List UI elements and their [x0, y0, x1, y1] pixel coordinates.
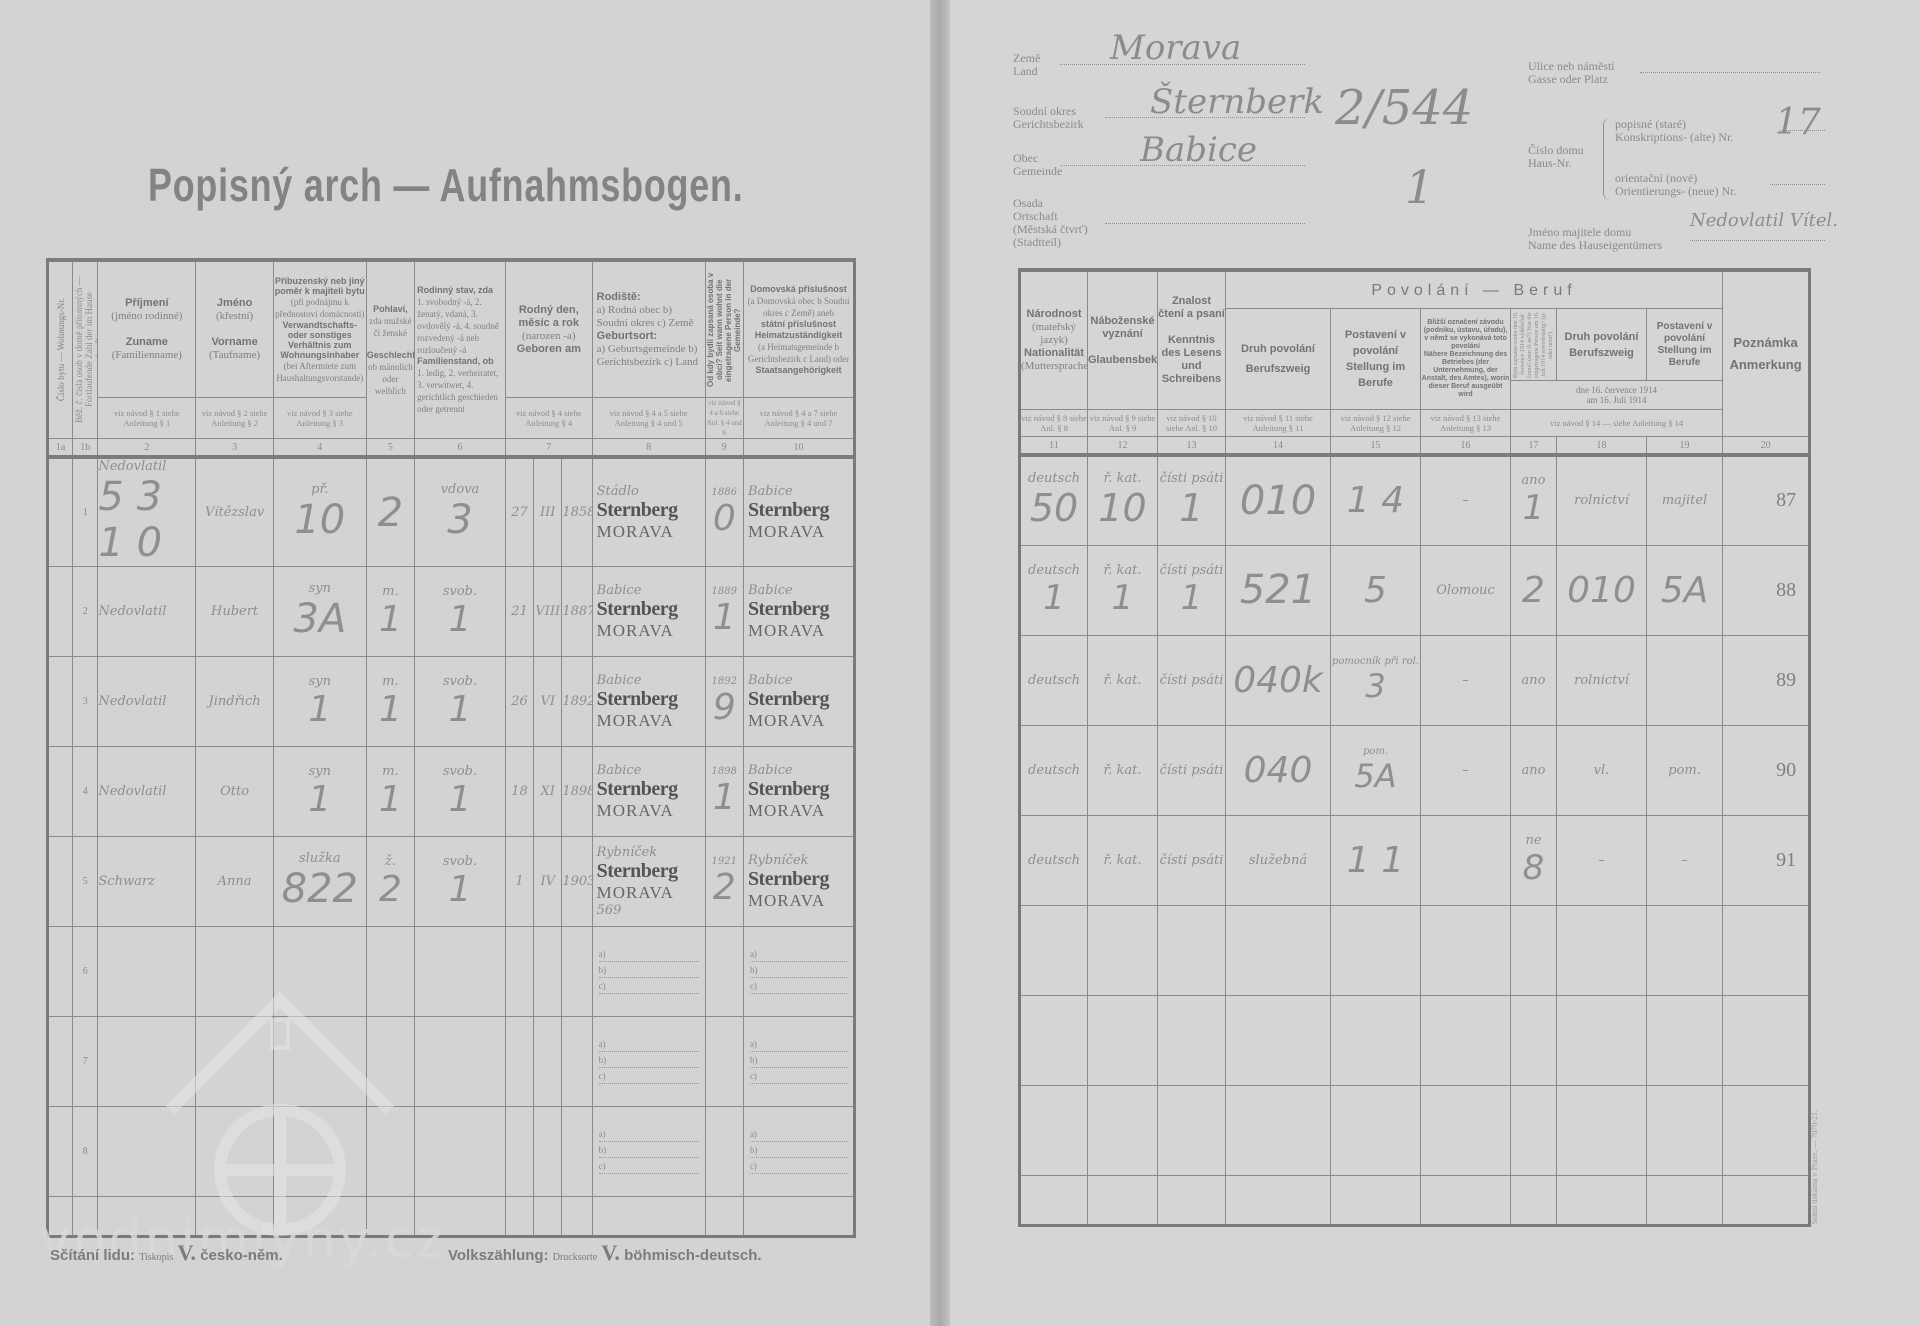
- home-c-stamp: MORAVA: [748, 711, 853, 731]
- ref-nationality: viz návod § 8 siehe Anl. § 8: [1021, 413, 1087, 433]
- active-1914-cell: ano: [1511, 473, 1556, 488]
- header-birthplace-cz2: a) Rodná obec b) Soudní okres c) Země: [597, 304, 694, 329]
- relation-cell: služka: [274, 851, 366, 866]
- colnum: 6: [415, 439, 506, 458]
- ref-residence: viz návod § 4 a 6 siehe Anl. § 4 und 6: [706, 398, 743, 438]
- house-number-brace: [1603, 118, 1610, 200]
- empty-row-6-right: [1020, 905, 1810, 995]
- sex-cell: m.: [367, 674, 414, 689]
- header-given-name: Jméno(křestní)Vorname(Taufname): [196, 297, 273, 362]
- header-active-1914: Byla zapsaná osoba dne 16. července 1914…: [1513, 310, 1555, 380]
- surname-cell: Schwarz: [98, 874, 195, 889]
- street-label-cz: Ulice neb náměstí: [1528, 59, 1615, 73]
- empty-row-7-right: [1020, 995, 1810, 1085]
- header-sex-de2: ob männlich oder weiblich: [368, 362, 413, 396]
- conscription-label: popisné (staré)Konskriptions- (alte) Nr.: [1615, 118, 1733, 144]
- birthplace-extra-code: 569: [597, 903, 705, 918]
- colnum: 14: [1226, 437, 1331, 456]
- house-number-label-cz: Číslo domu: [1528, 143, 1584, 157]
- header-given-cz: Jméno: [217, 297, 252, 309]
- surname-cell: Nedovlatil: [98, 784, 195, 799]
- header-marital-cz: Rodinný stav, zda: [417, 285, 493, 295]
- birthplace-b-stamp: Sternberg: [597, 778, 705, 801]
- header-sex-cz2: zda mužské či ženské: [369, 316, 411, 338]
- settlement-label-cz2: (Městská čtvrť): [1013, 222, 1088, 236]
- left-colnum-row: 1a 1b 2 3 4 5 6 7 8 9 10: [48, 439, 855, 458]
- settlement-label-cz: Osada: [1013, 196, 1043, 210]
- birthplace-a: Rybníček: [597, 845, 705, 860]
- sex-code: 1: [367, 779, 414, 820]
- religion-cell: ř. kat.: [1088, 853, 1157, 868]
- occupation-1914-cell: vl.: [1557, 763, 1646, 778]
- birth-month: III: [534, 505, 561, 520]
- header-marital-de: Familienstand, ob: [417, 356, 494, 366]
- reference-number: 2/544: [1335, 80, 1473, 136]
- birthplace-c-stamp: MORAVA: [597, 522, 705, 542]
- blank-b-line: b): [750, 1145, 847, 1158]
- header-note-de: Anmerkung: [1729, 357, 1801, 372]
- literacy-cell: čísti psáti: [1158, 563, 1225, 578]
- birth-year: 1892: [562, 694, 591, 709]
- header-sex-cz: Pohlaví,: [373, 304, 408, 314]
- note-cell: 87: [1723, 489, 1796, 512]
- note-cell: 90: [1723, 759, 1796, 782]
- footer-left-variant: česko-něm.: [200, 1247, 283, 1264]
- footer-left-form-word: Tiskopis: [139, 1252, 173, 1263]
- person-row-5: 5 Schwarz Anna služka822 ž.2 svob.1 1 IV…: [48, 837, 855, 927]
- birthplace-a: Babice: [597, 763, 705, 778]
- position-cell: pom.: [1331, 746, 1420, 757]
- sex-cell: m.: [367, 584, 414, 599]
- colnum: 2: [98, 439, 196, 458]
- sex-code: 2: [367, 490, 414, 536]
- owner-value: Nedovlatil Vítel.: [1690, 210, 1838, 231]
- ref-birthplace: viz návod § 4 a 5 siehe Anleitung § 4 un…: [593, 408, 705, 428]
- religion-code: 10: [1088, 486, 1157, 530]
- header-marital-cz2: 1. svobodný -á, 2. ženatý, vdaná, 3. ovd…: [417, 297, 499, 355]
- active-1914-cell: ne: [1511, 833, 1556, 848]
- home-c-stamp: MORAVA: [748, 522, 853, 542]
- religion-code: 1: [1088, 578, 1157, 618]
- establishment-cell: Olomouc: [1421, 583, 1510, 598]
- footer-right-label: Volkszählung:: [448, 1247, 549, 1264]
- blank-a-line: a): [750, 1129, 847, 1142]
- home-b-stamp: Sternberg: [748, 598, 853, 621]
- relation-code: 822: [274, 866, 366, 912]
- relation-code: 3A: [274, 596, 366, 642]
- ref-occupation: viz návod § 11 siehe Anleitung § 11: [1226, 413, 1330, 433]
- person-row-3-right: deutsch ř. kat. čísti psáti 040k pomocní…: [1020, 635, 1810, 725]
- surname-code: 5 3 1 0: [98, 474, 195, 566]
- land-label-cz: Země: [1013, 51, 1040, 65]
- sex-code: 2: [367, 869, 414, 910]
- mill-watermark-icon: [150, 980, 410, 1240]
- person-row-1: 1 Nedovlatil5 3 1 0 Vítězslav př.10 2 vd…: [48, 457, 855, 567]
- header-nationality-cz2: (mateřský jazyk): [1032, 321, 1076, 346]
- header-sex: Pohlaví,zda mužské či ženskéGeschlecht,o…: [367, 304, 414, 397]
- header-religion-de: Glaubensbekenntnis: [1088, 354, 1158, 366]
- header-given-de: Vorname: [211, 336, 257, 348]
- residence-code: 2: [706, 867, 743, 908]
- owner-label-cz: Jméno majitele domu: [1528, 225, 1631, 239]
- colnum: 15: [1331, 437, 1421, 456]
- establishment-cell: –: [1421, 673, 1510, 688]
- religion-cell: ř. kat.: [1088, 763, 1157, 778]
- colnum: 19: [1647, 437, 1723, 456]
- header-occupation-cz: Druh povolání: [1241, 343, 1315, 355]
- marital-cell: svob.: [415, 674, 505, 689]
- footer-right-letter: V.: [601, 1240, 620, 1265]
- header-given-de2: (Taufname): [209, 349, 260, 361]
- header-given-cz2: (křestní): [216, 310, 253, 322]
- birth-day: 1: [506, 874, 533, 889]
- row-number: 7: [73, 1017, 98, 1107]
- home-a: Rybníček: [748, 853, 853, 868]
- colnum: 18: [1557, 437, 1647, 456]
- owner-line: [1690, 240, 1825, 241]
- header-position-cz: Postavení v povolání: [1345, 329, 1406, 357]
- header-establishment-de: Nähere Bezeichnung des Betriebes (der Un…: [1422, 351, 1510, 398]
- header-occupation-de: Berufszweig: [1246, 363, 1311, 375]
- sex-code: 1: [367, 599, 414, 640]
- orientation-label-de: Orientierungs- (neue) Nr.: [1615, 184, 1737, 198]
- marital-cell: svob.: [415, 854, 505, 869]
- position-code: 5A: [1331, 757, 1420, 795]
- active-1914-cell: ano: [1511, 673, 1556, 688]
- relation-cell: syn: [274, 581, 366, 596]
- settlement-label-de: Ortschaft: [1013, 209, 1058, 223]
- row-number: 1: [73, 457, 98, 567]
- birth-year: 1887: [562, 604, 591, 619]
- ref-surname: viz návod § 1 siehe Anleitung § 1: [98, 408, 195, 428]
- given-name-cell: Jindřich: [196, 694, 273, 709]
- ref-establishment: viz návod § 13 siehe Anleitung § 13: [1421, 413, 1510, 433]
- date-note: dne 16. července 1914am 16. Juli 1914: [1511, 385, 1722, 405]
- land-value: Morava: [1110, 28, 1241, 68]
- header-domicile-cz: Domovská příslušnost: [750, 284, 847, 294]
- street-label: Ulice neb náměstíGasse oder Platz: [1528, 60, 1615, 86]
- surname-cell: Nedovlatil: [98, 604, 195, 619]
- note-cell: 91: [1723, 849, 1796, 872]
- header-occ1914-cz: Druh povolání: [1565, 331, 1639, 343]
- blank-a-line: a): [599, 1039, 699, 1052]
- nationality-cell: deutsch: [1021, 471, 1087, 486]
- birth-day: 26: [506, 694, 533, 709]
- birthplace-b-stamp: Sternberg: [597, 860, 705, 883]
- footer-left-letter: V.: [177, 1240, 196, 1265]
- right-header-row-1: Národnost(mateřský jazyk)Nationalität(Mu…: [1020, 270, 1810, 309]
- occupation-1914-code: 010: [1557, 570, 1646, 611]
- marital-code: 3: [415, 497, 505, 543]
- literacy-code: 1: [1158, 578, 1225, 618]
- header-occ1914-de: Berufszweig: [1569, 347, 1634, 359]
- header-surname: Příjmení(jméno rodinné)Zuname(Familienna…: [98, 297, 195, 362]
- literacy-cell: čísti psáti: [1158, 853, 1225, 868]
- colnum: 10: [743, 439, 854, 458]
- birthplace-b-stamp: Sternberg: [597, 499, 705, 522]
- settlement-label: OsadaOrtschaft(Městská čtvrť)(Stadtteil): [1013, 197, 1088, 249]
- birthplace-c-stamp: MORAVA: [597, 711, 705, 731]
- land-label-de: Land: [1013, 64, 1038, 78]
- printer-imprint: Státní tiskárna v Praze. — 7070-21.: [1810, 1110, 1819, 1224]
- header-position-de: Stellung im Berufe: [1346, 361, 1405, 389]
- birthplace-b-stamp: Sternberg: [597, 688, 705, 711]
- header-birthdate-cz: Rodný den, měsíc a rok: [518, 304, 579, 329]
- birthplace-c-stamp: MORAVA: [597, 621, 705, 641]
- header-position-1914: Postavení v povoláníStellung im Berufe: [1647, 321, 1722, 369]
- birth-year: 1903: [562, 874, 591, 889]
- occupation-1914-cell: rolnictví: [1557, 493, 1646, 508]
- residence-since: 1892: [706, 676, 743, 687]
- street-line: [1640, 72, 1820, 73]
- colnum: 12: [1088, 437, 1158, 456]
- given-name-cell: Otto: [196, 784, 273, 799]
- occupation-code: 010: [1226, 478, 1330, 524]
- header-relation: Příbuzenský neb jiný poměr k majiteli by…: [274, 276, 366, 384]
- occupation-1914-cell: rolnictví: [1557, 673, 1646, 688]
- header-surname-de2: (Familienname): [112, 349, 182, 361]
- home-b-stamp: Sternberg: [748, 688, 853, 711]
- empty-row-8-right: [1020, 1085, 1810, 1175]
- person-row-4-right: deutsch ř. kat. čísti psáti 040 pom.5A –…: [1020, 725, 1810, 815]
- birth-day: 18: [506, 784, 533, 799]
- nationality-code: 50: [1021, 486, 1087, 530]
- header-domicile-de2: (a Heimatsgemeinde b Gerichtsbezirk c La…: [748, 342, 849, 364]
- header-domicile-de3: Staatsangehörigkeit: [755, 365, 841, 375]
- note-cell: 89: [1723, 669, 1796, 692]
- ref-domicile: viz návod § 4 a 7 siehe Anleitung § 4 un…: [744, 408, 853, 428]
- home-b-stamp: Sternberg: [748, 868, 853, 891]
- book-spine: [930, 0, 950, 1326]
- colnum: 9: [705, 439, 743, 458]
- header-birthdate-cz2: (narozen -a): [522, 330, 575, 342]
- nationality-cell: deutsch: [1021, 673, 1087, 688]
- colnum: 20: [1723, 437, 1810, 456]
- footer-right: Volkszählung: Drucksorte V. böhmisch-deu…: [448, 1240, 762, 1266]
- marital-code: 1: [415, 779, 505, 820]
- home-a: Babice: [748, 484, 853, 499]
- ref-relation: viz návod § 3 siehe Anleitung § 3: [274, 408, 366, 428]
- active-1914-code: 1: [1511, 488, 1556, 528]
- ref-1914: viz návod § 14 — siehe Anleitung § 14: [1511, 418, 1722, 428]
- header-occupation: Druh povoláníBerufszweig: [1226, 339, 1330, 379]
- colnum: 16: [1421, 437, 1511, 456]
- nationality-cell: deutsch: [1021, 763, 1087, 778]
- position-1914-cell: –: [1647, 853, 1722, 868]
- position-code: 5: [1331, 570, 1420, 611]
- municipality-label-de: Gemeinde: [1013, 164, 1062, 178]
- footer-right-variant: böhmisch-deutsch.: [624, 1247, 762, 1264]
- header-occupation-1914: Druh povoláníBerufszweig: [1557, 329, 1646, 361]
- right-ref-row: viz návod § 8 siehe Anl. § 8 viz návod §…: [1020, 410, 1810, 437]
- conscription-label-de: Konskriptions- (alte) Nr.: [1615, 130, 1733, 144]
- colnum: 1b: [73, 439, 98, 458]
- ref-birthdate: viz návod § 4 siehe Anleitung § 4: [506, 408, 592, 428]
- footer-right-form-word: Drucksorte: [553, 1252, 597, 1263]
- header-surname-cz: Příjmení: [125, 297, 168, 309]
- relation-cell: př.: [274, 482, 366, 497]
- header-domicile-cz3: státní příslušnost: [761, 319, 836, 329]
- right-census-table: Národnost(mateřský jazyk)Nationalität(Mu…: [1018, 268, 1811, 1227]
- colnum: 13: [1158, 437, 1226, 456]
- header-nationality: Národnost(mateřský jazyk)Nationalität(Mu…: [1021, 308, 1087, 373]
- marital-cell: vdova: [415, 482, 505, 497]
- person-row-2: 2 Nedovlatil Hubert syn3A m.1 svob.1 21 …: [48, 567, 855, 657]
- header-domicile-de: Heimatzuständigkeit: [755, 330, 843, 340]
- residence-code: 9: [706, 687, 743, 728]
- birth-month: XI: [534, 784, 561, 799]
- residence-code: 0: [706, 498, 743, 539]
- colnum: 4: [273, 439, 366, 458]
- blank-c-line: c): [599, 1071, 699, 1084]
- footer-left-label: Sčítání lidu:: [50, 1247, 135, 1264]
- header-nationality-de: Nationalität: [1024, 347, 1084, 359]
- birthplace-c-stamp: MORAVA: [597, 883, 705, 903]
- ref-literacy: viz návod § 10 siehe Anl. § 10: [1158, 413, 1225, 433]
- header-religion: Náboženské vyznáníGlaubensbekenntnis: [1088, 315, 1157, 367]
- district-label-cz: Soudní okres: [1013, 104, 1076, 118]
- colnum: 1a: [48, 439, 73, 458]
- colnum: 7: [505, 439, 592, 458]
- residence-since: 1921: [706, 856, 743, 867]
- header-birthplace: Rodiště:a) Rodná obec b) Soudní okres c)…: [593, 291, 705, 369]
- header-religion-cz: Náboženské vyznání: [1090, 315, 1154, 340]
- header-birthplace-de2: a) Geburtsgemeinde b) Gerichtsbezirk c) …: [597, 343, 698, 368]
- municipality-label-cz: Obec: [1013, 151, 1038, 165]
- blank-b-line: b): [599, 1055, 699, 1068]
- position-1914-cell: pom.: [1647, 763, 1722, 778]
- residence-since: 1898: [706, 766, 743, 777]
- marital-code: 1: [415, 869, 505, 910]
- header-nationality-cz: Národnost: [1027, 308, 1082, 320]
- row-number: 4: [73, 747, 98, 837]
- row-number: 3: [73, 657, 98, 747]
- birth-month: IV: [534, 874, 561, 889]
- header-birthplace-cz: Rodiště:: [597, 291, 641, 303]
- header-relation-de: Verwandtschafts- oder sonstiges Verhältn…: [280, 320, 359, 360]
- residence-since: 1886: [706, 487, 743, 498]
- birth-day: 27: [506, 505, 533, 520]
- occupation-code: 040k: [1226, 660, 1330, 701]
- house-number-label: Číslo domuHaus-Nr.: [1528, 144, 1584, 170]
- settlement-label-de2: (Stadtteil): [1013, 235, 1061, 249]
- given-name-cell: Anna: [196, 874, 273, 889]
- relation-cell: syn: [274, 674, 366, 689]
- home-b-stamp: Sternberg: [748, 778, 853, 801]
- birthplace-a: Babice: [597, 583, 705, 598]
- sex-cell: ž.: [367, 854, 414, 869]
- position-code: 3: [1331, 667, 1420, 705]
- blank-c-line: c): [750, 1071, 847, 1084]
- position-code: 1 1: [1331, 840, 1420, 881]
- religion-cell: ř. kat.: [1088, 471, 1157, 486]
- note-cell: 88: [1723, 579, 1796, 602]
- religion-cell: ř. kat.: [1088, 563, 1157, 578]
- position-1914-cell: majitel: [1647, 493, 1722, 508]
- blank-b-line: b): [750, 965, 847, 978]
- header-marital: Rodinný stav, zda1. svobodný -á, 2. žena…: [415, 283, 505, 417]
- footer-left: Sčítání lidu: Tiskopis V. česko-něm.: [50, 1240, 283, 1266]
- birthplace-a: Stádlo: [597, 484, 705, 499]
- active-1914-cell: ano: [1511, 763, 1556, 778]
- nationality-code: 1: [1021, 578, 1087, 618]
- row-number: 8: [73, 1107, 98, 1197]
- header-domicile-cz2: (a Domovská obec b Soudní okres c Země) …: [747, 296, 849, 318]
- residence-code: 1: [706, 777, 743, 818]
- nationality-cell: deutsch: [1021, 853, 1087, 868]
- header-1a: Číslo bytu — Wohnungs-Nr.: [56, 298, 66, 401]
- home-a: Babice: [748, 763, 853, 778]
- colnum: 3: [196, 439, 274, 458]
- birth-day: 21: [506, 604, 533, 619]
- position-code: 1 4: [1331, 480, 1420, 521]
- marital-cell: svob.: [415, 584, 505, 599]
- home-c-stamp: MORAVA: [748, 891, 853, 911]
- establishment-cell: –: [1421, 493, 1510, 508]
- header-birthdate-de: Geboren am: [517, 343, 581, 355]
- literacy-cell: čísti psáti: [1158, 471, 1225, 486]
- header-occupation-group: Povolání — Beruf: [1226, 284, 1722, 297]
- header-establishment: Bližší označení závodu (podniku, ústavu,…: [1421, 319, 1510, 399]
- blank-b-line: b): [599, 965, 699, 978]
- person-row-2-right: deutsch1 ř. kat.1 čísti psáti1 521 5 Olo…: [1020, 545, 1810, 635]
- header-relation-cz2: (při podnájmu k přednostovi domácnosti): [275, 297, 364, 319]
- person-row-4: 4 Nedovlatil Otto syn1 m.1 svob.1 18 XI …: [48, 747, 855, 837]
- colnum: 11: [1020, 437, 1088, 456]
- header-surname-cz2: (jméno rodinné): [111, 310, 182, 322]
- right-bottom-row: [1020, 1175, 1810, 1225]
- person-row-3: 3 Nedovlatil Jindřich syn1 m.1 svob.1 26…: [48, 657, 855, 747]
- birth-year: 1858: [562, 505, 591, 520]
- marital-code: 1: [415, 689, 505, 730]
- blank-a-line: a): [750, 1039, 847, 1052]
- ref-given: viz návod § 2 siehe Anleitung § 2: [196, 408, 273, 428]
- left-header-row: Číslo bytu — Wohnungs-Nr. Běž. č. čísla …: [48, 260, 855, 398]
- colnum: 5: [366, 439, 414, 458]
- home-a: Babice: [748, 673, 853, 688]
- given-name-cell: Hubert: [196, 604, 273, 619]
- birth-month: VI: [534, 694, 561, 709]
- header-marital-de2: 1. ledig, 2. verheiratet, 3. verwitwet, …: [417, 368, 498, 414]
- sheet-number: 1: [1405, 160, 1434, 214]
- owner-label-de: Name des Hauseigentümers: [1528, 238, 1662, 252]
- date-note-cz: dne 16. července 1914: [1576, 385, 1657, 395]
- birthplace-b-stamp: Sternberg: [597, 598, 705, 621]
- blank-b-line: b): [750, 1055, 847, 1068]
- birthplace-c-stamp: MORAVA: [597, 801, 705, 821]
- home-c-stamp: MORAVA: [748, 621, 853, 641]
- municipality-value: Babice: [1140, 130, 1257, 170]
- header-pos1914-de: Stellung im Berufe: [1658, 345, 1712, 368]
- birthplace-a: Babice: [597, 673, 705, 688]
- blank-b-line: b): [599, 1145, 699, 1158]
- residence-code: 1: [706, 597, 743, 638]
- district-label: Soudní okresGerichtsbezirk: [1013, 105, 1084, 131]
- municipality-label: ObecGemeinde: [1013, 152, 1062, 178]
- header-pos1914-cz: Postavení v povolání: [1657, 321, 1713, 344]
- literacy-code: 1: [1158, 486, 1225, 530]
- relation-code: 10: [274, 497, 366, 543]
- right-colnum-row: 11 12 13 14 15 16 17 18 19 20: [1020, 437, 1810, 456]
- header-surname-de: Zuname: [126, 336, 168, 348]
- header-position: Postavení v povoláníStellung im Berufe: [1331, 327, 1420, 391]
- surname-cell: Nedovlatil: [98, 694, 195, 709]
- blank-c-line: c): [750, 1161, 847, 1174]
- conscription-value: 17: [1775, 102, 1821, 143]
- settlement-line: [1105, 223, 1305, 224]
- blank-c-line: c): [599, 1161, 699, 1174]
- surname-cell: Nedovlatil: [98, 459, 195, 474]
